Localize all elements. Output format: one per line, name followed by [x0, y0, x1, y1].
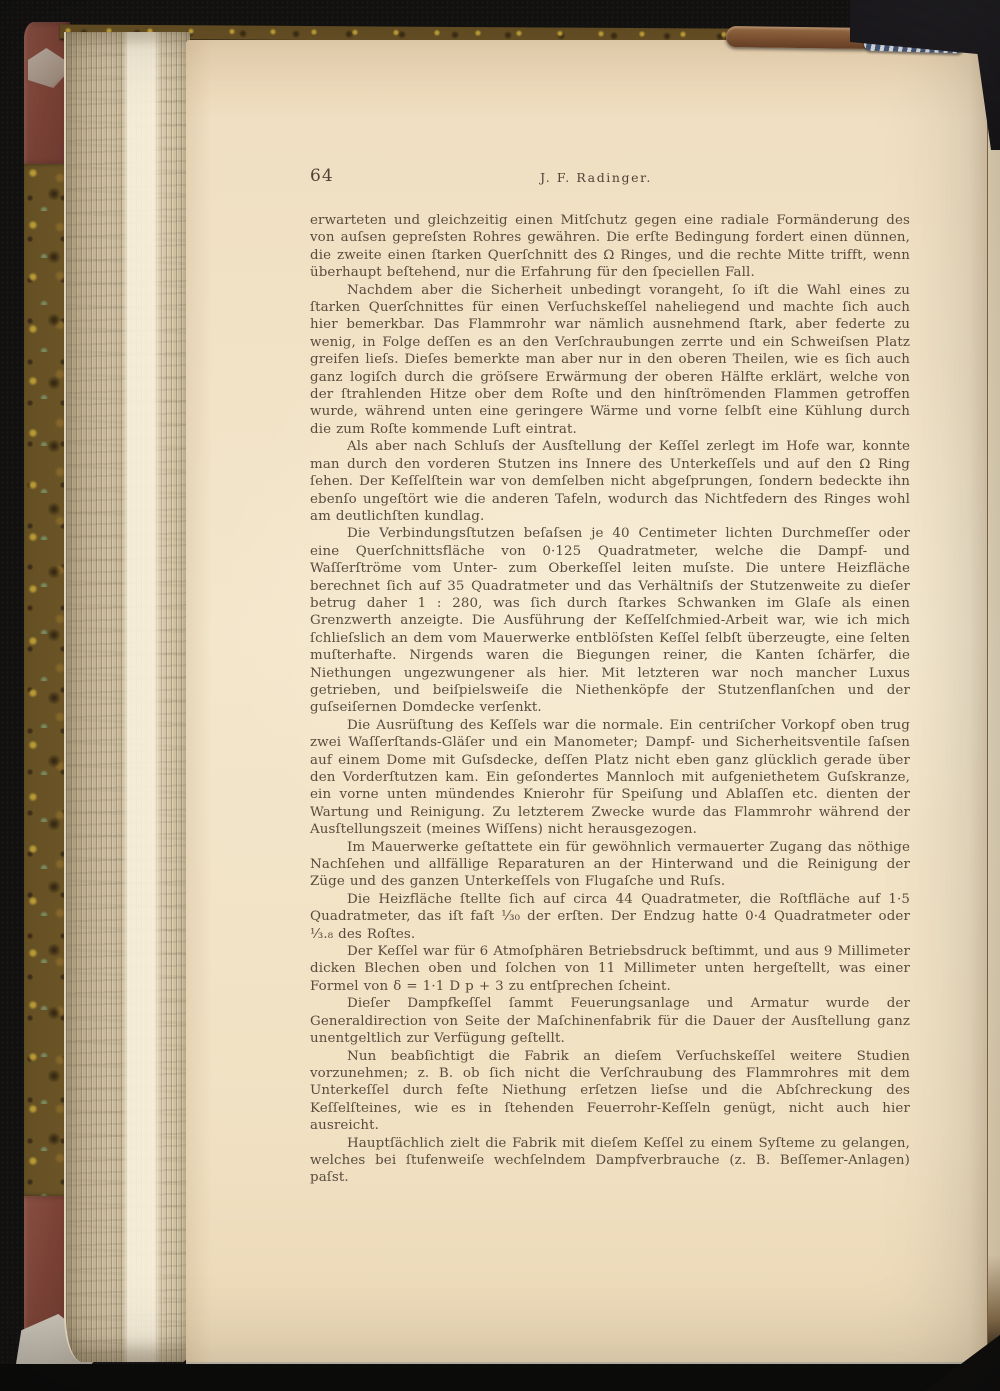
paragraph: Im Mauerwerke geſtattete ein für gewöhnl…: [310, 839, 910, 891]
paragraph: Nun beabſichtigt die Fabrik an dieſem Ve…: [310, 1048, 910, 1135]
paragraph: Hauptſächlich zielt die Fabrik mit dieſe…: [310, 1135, 910, 1187]
paragraph: Die Heizfläche ſtellte ſich auf circa 44…: [310, 891, 910, 943]
paragraph: Die Verbindungsſtutzen beſaſsen je 40 Ce…: [310, 525, 910, 716]
paragraph: Der Keſſel war für 6 Atmoſphären Betrieb…: [310, 943, 910, 995]
page-edges-stack: [64, 32, 190, 1362]
adjacent-page-edge: [987, 44, 1000, 1360]
paragraph: Als aber nach Schluſs der Ausſtellung de…: [310, 438, 910, 525]
paragraph: Die Ausrüſtung des Keſſels war die norma…: [310, 717, 910, 839]
background-bottom-band: [0, 1364, 1000, 1391]
running-header: J. F. Radinger.: [296, 170, 896, 185]
book-photo: 64 J. F. Radinger. erwarteten und gleich…: [0, 0, 1000, 1391]
text-block: erwarteten und gleichzeitig einen Mitſch…: [310, 212, 910, 1187]
paragraph: Nachdem aber die Sicherheit unbedingt vo…: [310, 282, 910, 439]
book-page: 64 J. F. Radinger. erwarteten und gleich…: [186, 40, 987, 1362]
paragraph: erwarteten und gleichzeitig einen Mitſch…: [310, 212, 910, 282]
printed-area: 64 J. F. Radinger. erwarteten und gleich…: [310, 166, 910, 1187]
page-header: 64 J. F. Radinger.: [310, 166, 910, 192]
paragraph: Dieſer Dampfkeſſel ſammt Feuerungsanlage…: [310, 995, 910, 1047]
